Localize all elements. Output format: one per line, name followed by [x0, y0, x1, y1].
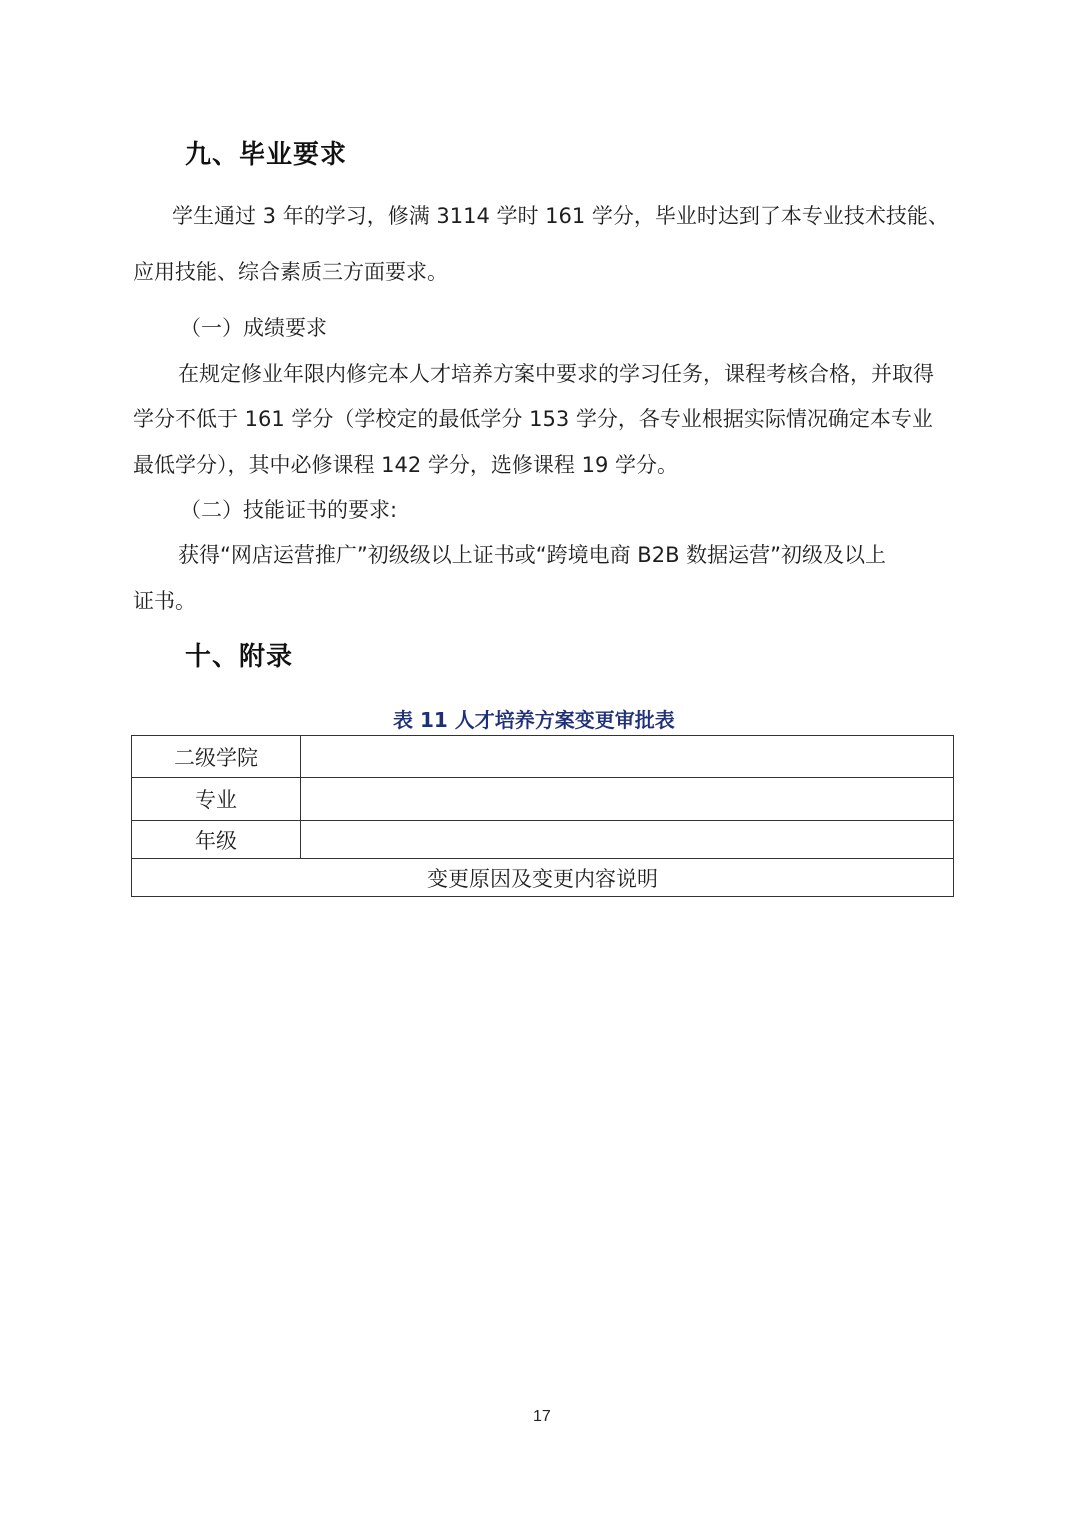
row-value-college: [301, 736, 954, 778]
intro-line-1: 学生通过 3 年的学习，修满 3114 学时 161 学分，毕业时达到了本专业技…: [172, 202, 949, 230]
table-row: 专业: [132, 778, 954, 821]
certificate-line-1: 获得“网店运营推广”初级级以上证书或“跨境电商 B2B 数据运营”初级及以上: [178, 541, 886, 569]
subsection-grades-heading: （一）成绩要求: [180, 314, 327, 342]
row-label-major: 专业: [132, 778, 301, 821]
change-reason-header: 变更原因及变更内容说明: [132, 859, 954, 897]
subsection-certificate-heading: （二）技能证书的要求:: [180, 496, 397, 524]
row-label-college: 二级学院: [132, 736, 301, 778]
table-row: 年级: [132, 821, 954, 859]
table-caption: 表 11 人才培养方案变更审批表: [393, 704, 675, 733]
certificate-line-2: 证书。: [133, 587, 196, 615]
table-row: 变更原因及变更内容说明: [132, 859, 954, 897]
page-number: 17: [533, 1408, 551, 1426]
grades-line-1: 在规定修业年限内修完本人才培养方案中要求的学习任务，课程考核合格，并取得: [178, 360, 934, 388]
section-10-heading: 十、附录: [185, 636, 293, 673]
intro-line-2: 应用技能、综合素质三方面要求。: [133, 258, 448, 286]
row-value-major: [301, 778, 954, 821]
table-row: 二级学院: [132, 736, 954, 778]
section-9-heading: 九、毕业要求: [185, 134, 347, 171]
row-value-grade: [301, 821, 954, 859]
grades-line-3: 最低学分），其中必修课程 142 学分，选修课程 19 学分。: [133, 451, 678, 479]
row-label-grade: 年级: [132, 821, 301, 859]
grades-line-2: 学分不低于 161 学分（学校定的最低学分 153 学分，各专业根据实际情况确定…: [133, 405, 933, 433]
approval-table: 二级学院 专业 年级 变更原因及变更内容说明: [131, 735, 954, 897]
